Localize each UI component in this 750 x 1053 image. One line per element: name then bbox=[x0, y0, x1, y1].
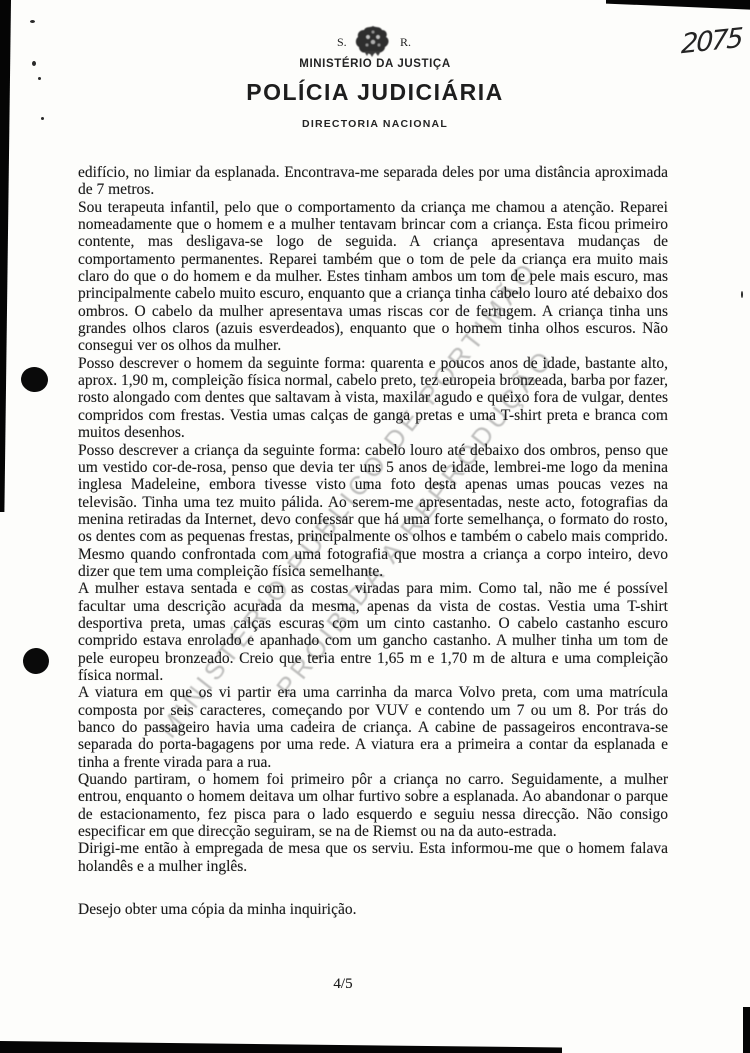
paragraph-copy-request: Desejo obter uma cópia da minha inquiriç… bbox=[78, 901, 668, 918]
paragraph-woman-description: A mulher estava sentada e com as costas … bbox=[78, 580, 668, 684]
directorate-name: DIRECTORIA NACIONAL bbox=[0, 118, 750, 130]
paragraph-man-description: Posso descrever o homem da seguinte form… bbox=[78, 355, 668, 442]
scan-edge-top-right bbox=[606, 0, 750, 12]
statement-text: edifício, no limiar da esplanada. Encont… bbox=[78, 164, 668, 918]
document-page: S. R. MINISTÉRIO DA JUSTIÇA POLÍCIA JUDI… bbox=[0, 0, 750, 1053]
handwritten-page-number: 2075 bbox=[681, 23, 742, 61]
crest-right-initial: R. bbox=[400, 35, 411, 50]
scan-edge-bottom bbox=[0, 1040, 562, 1053]
paragraph-child-description: Posso descrever a criança da seguinte fo… bbox=[78, 442, 668, 581]
hole-punch-top bbox=[19, 365, 49, 394]
scan-speck bbox=[30, 20, 35, 23]
scan-edge-left bbox=[0, 0, 11, 512]
paragraph-continuation: edifício, no limiar da esplanada. Encont… bbox=[78, 164, 668, 199]
coat-of-arms-icon bbox=[354, 25, 392, 58]
scan-edge-right-bottom bbox=[743, 1007, 750, 1053]
page-number: 4/5 bbox=[0, 976, 686, 993]
organization-name: POLÍCIA JUDICIÁRIA bbox=[0, 79, 750, 106]
ministry-name: MINISTÉRIO DA JUSTIÇA bbox=[0, 58, 750, 70]
paragraph-departure: Quando partiram, o homem foi primeiro pô… bbox=[78, 771, 668, 840]
paragraph-observation: Sou terapeuta infantil, pelo que o compo… bbox=[78, 199, 668, 355]
hole-punch-bottom bbox=[22, 647, 51, 676]
paragraph-vehicle: A viatura em que os vi partir era uma ca… bbox=[78, 684, 668, 771]
crest-left-initial: S. bbox=[337, 35, 347, 50]
scan-speck bbox=[741, 291, 743, 298]
paragraph-waitress: Dirigi-me então à empregada de mesa que … bbox=[78, 840, 668, 875]
